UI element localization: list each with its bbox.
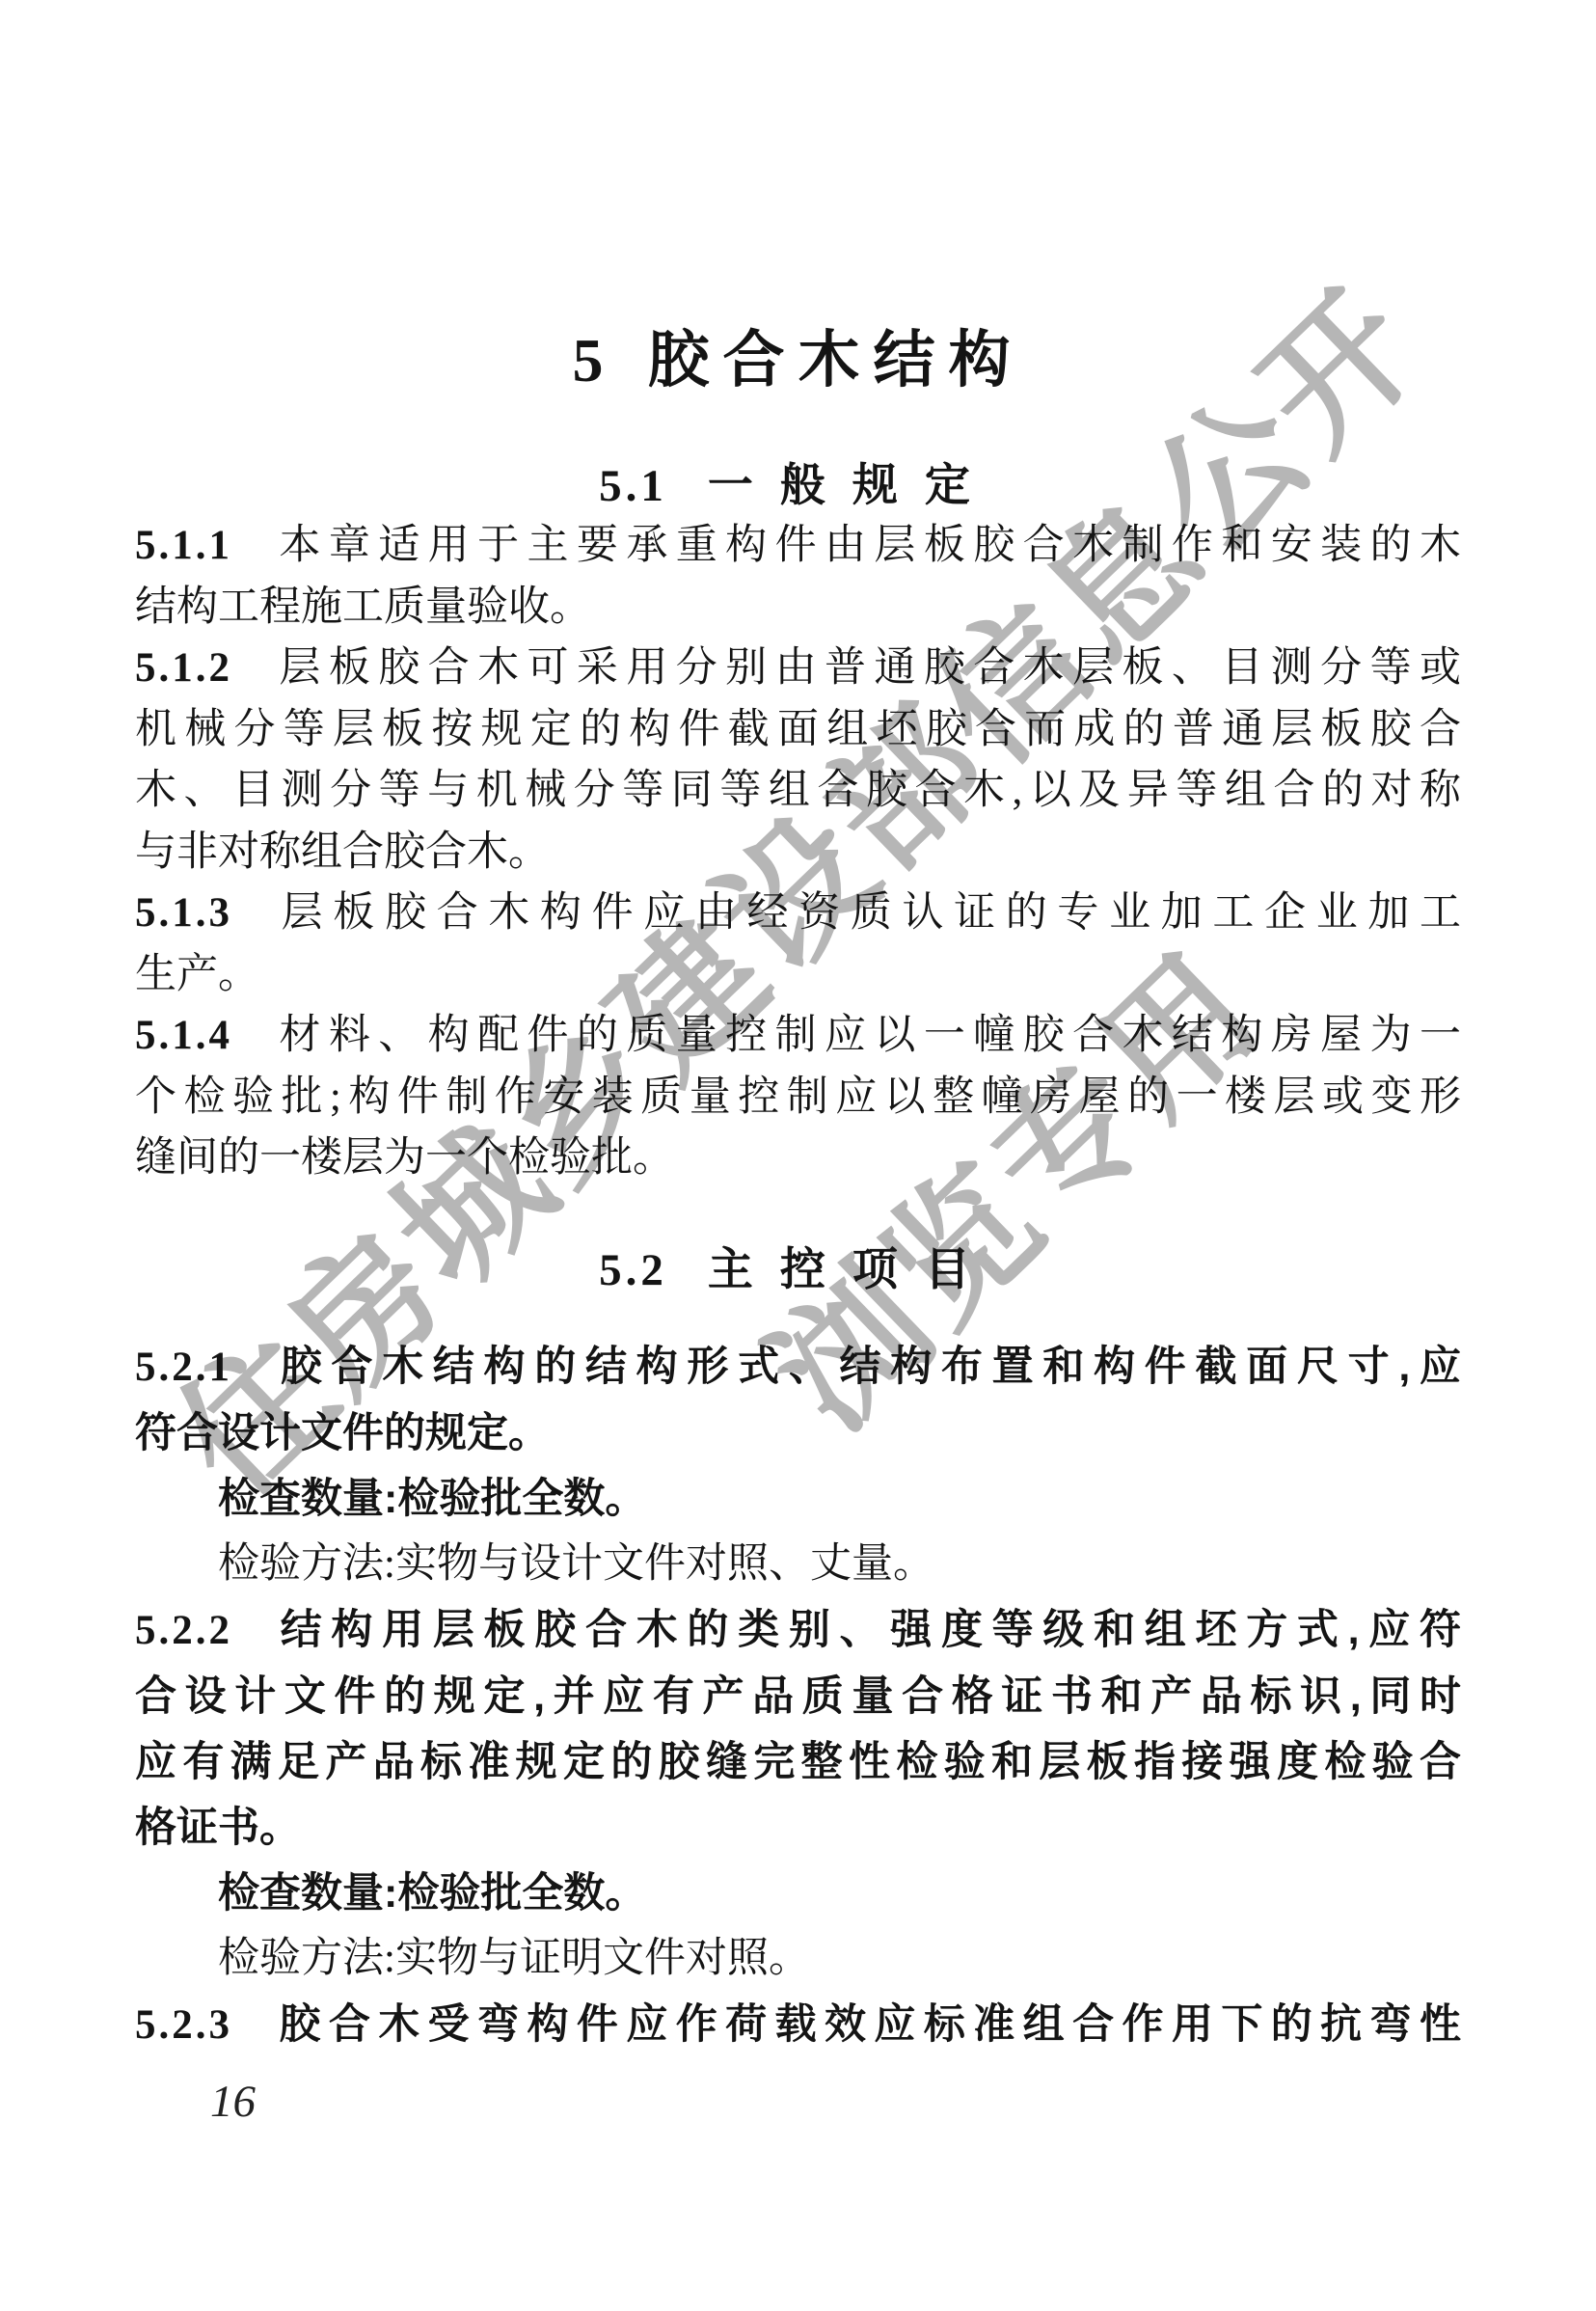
clause-text: 材料、构配件的质量控制应以一幢胶合木结构房屋为一: [271, 1013, 1461, 1058]
clause-line: 机械分等层板按规定的构件截面组坯胶合而成的普通层板胶合: [135, 699, 1461, 761]
clause-line: 与非对称组合胶合木。: [135, 822, 1461, 884]
clause: 5.1.4材料、构配件的质量控制应以一幢胶合木结构房屋为一个检验批;构件制作安装…: [135, 1005, 1461, 1189]
document-body: 5.1一般规定5.1.1本章适用于主要承重构件由层板胶合木制作和安装的木结构工程…: [135, 457, 1461, 2058]
section-number: 5.1: [599, 461, 667, 511]
clause-number: 5.2.2: [135, 1608, 232, 1653]
clause-line: 格证书。: [135, 1795, 1461, 1861]
clause-number: 5.1.4: [135, 1013, 232, 1058]
clause-number: 5.1.3: [135, 890, 232, 936]
section-heading: 5.1一般规定: [135, 457, 1461, 515]
section-title: 一般规定: [708, 461, 997, 511]
clause-line: 生产。: [135, 944, 1461, 1006]
section-heading: 5.2主控项目: [135, 1241, 1461, 1299]
clause-number: 5.2.3: [135, 2002, 232, 2048]
page-number: 16: [210, 2076, 256, 2128]
clause: 5.1.3层板胶合木构件应由经资质认证的专业加工企业加工生产。: [135, 883, 1461, 1005]
clause-line: 个检验批;构件制作安装质量控制应以整幢房屋的一楼层或变形: [135, 1067, 1461, 1128]
inspection-line: 检验方法:实物与证明文件对照。: [135, 1926, 1461, 1992]
clause-number: 5.1.1: [135, 523, 232, 568]
clause: 5.1.2层板胶合木可采用分别由普通胶合木层板、目测分等或机械分等层板按规定的构…: [135, 638, 1461, 883]
section-number: 5.2: [599, 1245, 667, 1295]
document-content: 5胶合木结构 5.1一般规定5.1.1本章适用于主要承重构件由层板胶合木制作和安…: [0, 0, 1596, 2058]
clause-number: 5.2.1: [135, 1345, 232, 1390]
inspection-line: 检查数量:检验批全数。: [135, 1466, 1461, 1532]
clause-line: 5.1.3层板胶合木构件应由经资质认证的专业加工企业加工: [135, 883, 1461, 944]
clause-line: 木、目测分等与机械分等同等组合胶合木,以及异等组合的对称: [135, 760, 1461, 822]
clause-line: 5.2.3胶合木受弯构件应作荷载效应标准组合作用下的抗弯性: [135, 1992, 1461, 2058]
clause: 5.1.1本章适用于主要承重构件由层板胶合木制作和安装的木结构工程施工质量验收。: [135, 515, 1461, 638]
clause-line: 符合设计文件的规定。: [135, 1400, 1461, 1466]
clause-line: 缝间的一楼层为一个检验批。: [135, 1128, 1461, 1189]
clause: 5.2.2结构用层板胶合木的类别、强度等级和组坯方式,应符合设计文件的规定,并应…: [135, 1597, 1461, 1861]
clause-line: 5.2.1胶合木结构的结构形式、结构布置和构件截面尺寸,应: [135, 1334, 1461, 1400]
clause: 5.2.1胶合木结构的结构形式、结构布置和构件截面尺寸,应符合设计文件的规定。: [135, 1334, 1461, 1466]
clause-text: 胶合木结构的结构形式、结构布置和构件截面尺寸,应: [271, 1344, 1461, 1390]
clause-line: 5.2.2结构用层板胶合木的类别、强度等级和组坯方式,应符: [135, 1597, 1461, 1664]
clause-line: 5.1.4材料、构配件的质量控制应以一幢胶合木结构房屋为一: [135, 1005, 1461, 1067]
clause-text: 结构用层板胶合木的类别、强度等级和组坯方式,应符: [271, 1607, 1461, 1653]
clause-line: 5.1.2层板胶合木可采用分别由普通胶合木层板、目测分等或: [135, 638, 1461, 699]
clause-text: 层板胶合木可采用分别由普通胶合木层板、目测分等或: [271, 645, 1461, 691]
clause-line: 结构工程施工质量验收。: [135, 577, 1461, 639]
clause-line: 5.1.1本章适用于主要承重构件由层板胶合木制作和安装的木: [135, 515, 1461, 577]
clause-text: 本章适用于主要承重构件由层板胶合木制作和安装的木: [271, 523, 1461, 568]
document-page: 住房城乡建设部信息公开 浏览专用 5胶合木结构 5.1一般规定5.1.1本章适用…: [0, 0, 1596, 2311]
inspection-line: 检验方法:实物与设计文件对照、丈量。: [135, 1532, 1461, 1597]
clause-number: 5.1.2: [135, 645, 232, 691]
clause-text: 胶合木受弯构件应作荷载效应标准组合作用下的抗弯性: [271, 2001, 1461, 2048]
inspection-line: 检查数量:检验批全数。: [135, 1861, 1461, 1926]
clause-line: 应有满足产品标准规定的胶缝完整性检验和层板指接强度检验合: [135, 1729, 1461, 1795]
chapter-title: 5胶合木结构: [0, 0, 1596, 395]
chapter-title-text: 胶合木结构: [648, 326, 1024, 394]
clause-text: 层板胶合木构件应由经资质认证的专业加工企业加工: [271, 890, 1461, 936]
chapter-number: 5: [573, 326, 604, 394]
section-title: 主控项目: [708, 1245, 997, 1295]
clause: 5.2.3胶合木受弯构件应作荷载效应标准组合作用下的抗弯性: [135, 1992, 1461, 2058]
clause-line: 合设计文件的规定,并应有产品质量合格证书和产品标识,同时: [135, 1664, 1461, 1729]
